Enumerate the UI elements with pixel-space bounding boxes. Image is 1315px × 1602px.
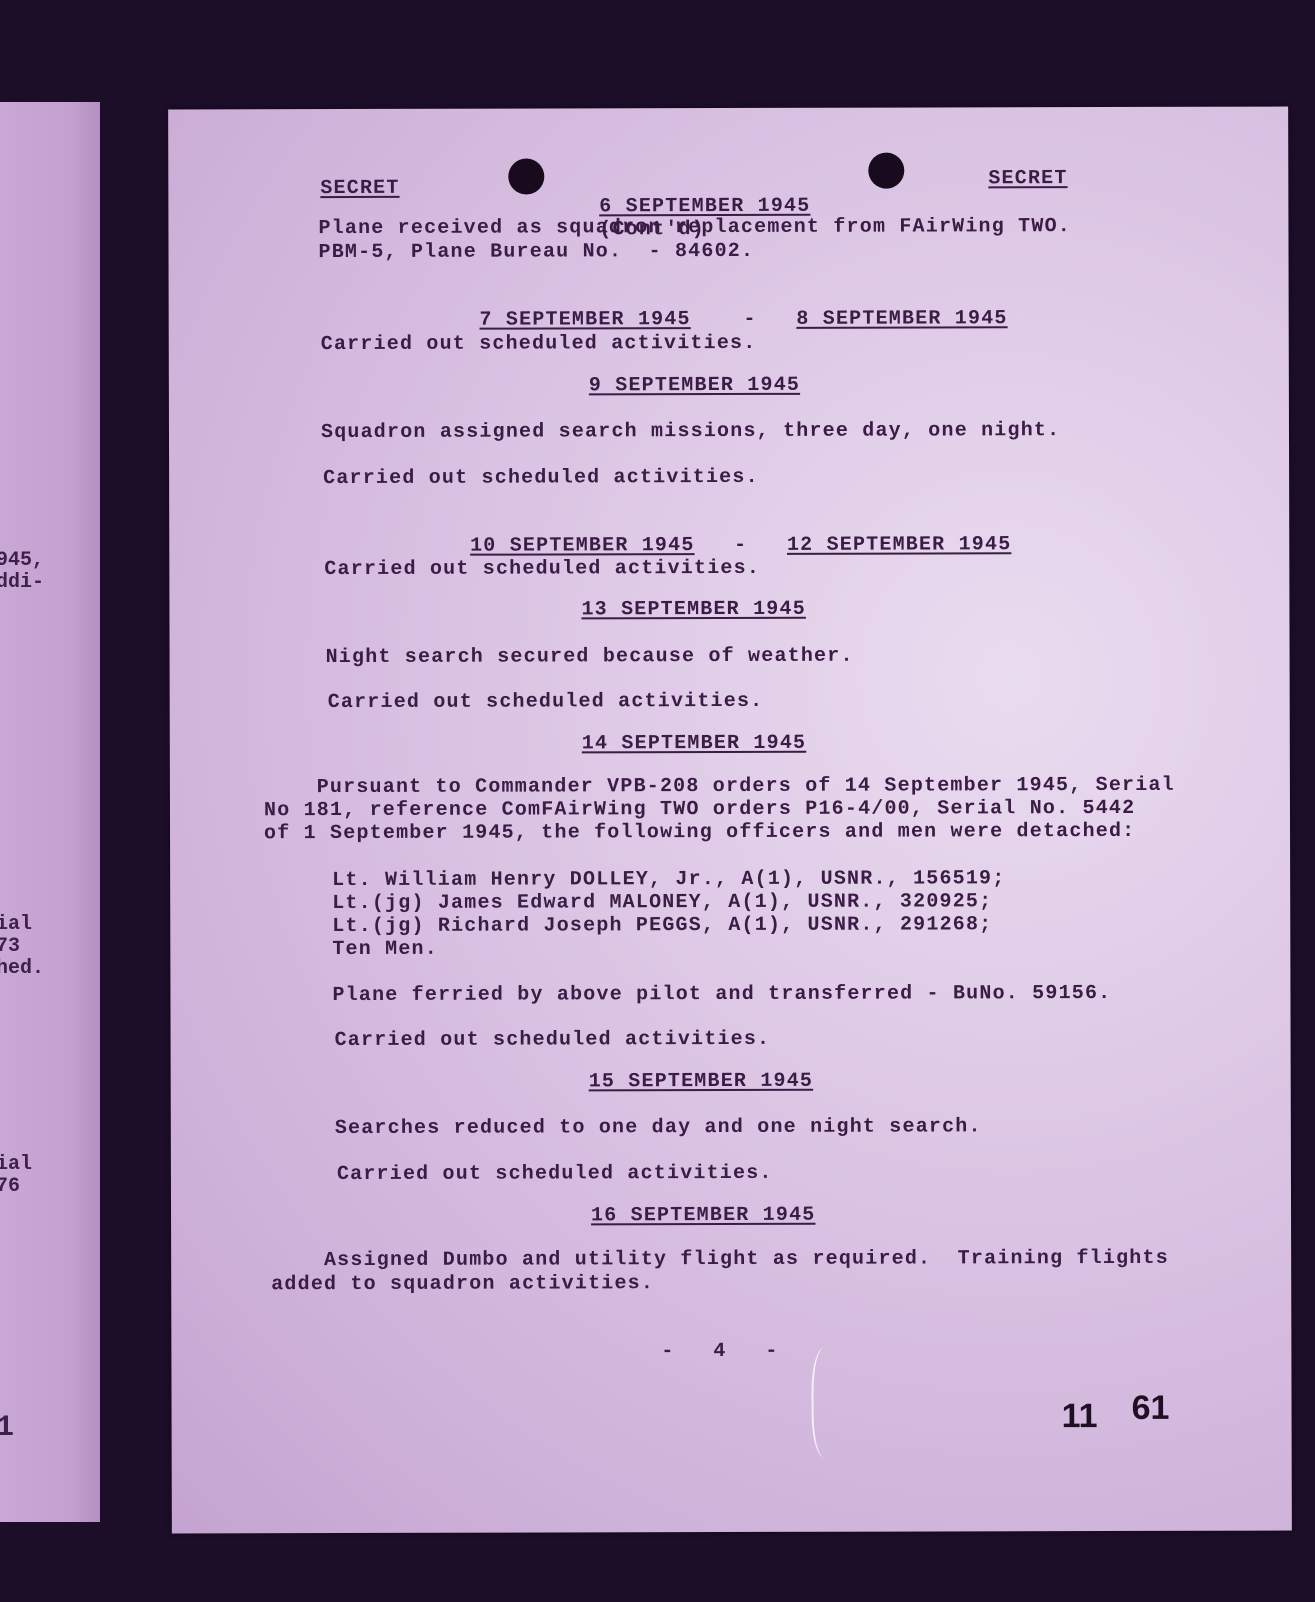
left-page-fragment: 1 xyxy=(0,1417,14,1439)
entry-heading: 13 SEPTEMBER 1945 xyxy=(581,598,805,622)
body-line: of 1 September 1945, the following offic… xyxy=(264,820,1135,845)
body-line: Squadron assigned search missions, three… xyxy=(321,419,1060,444)
body-line: Assigned Dumbo and utility flight as req… xyxy=(271,1247,1169,1272)
left-page-fragment: 945, ddi- xyxy=(0,550,44,594)
personnel-line: Ten Men. xyxy=(332,938,438,961)
entry-heading: 16 SEPTEMBER 1945 xyxy=(591,1204,815,1228)
entry-heading: 15 SEPTEMBER 1945 xyxy=(589,1070,813,1094)
punch-hole xyxy=(508,158,544,194)
body-line: Carried out scheduled activities. xyxy=(337,1162,773,1186)
classification-left: SECRET xyxy=(320,177,399,200)
date-title: 6 SEPTEMBER 1945 xyxy=(599,195,810,219)
body-line: Carried out scheduled activities. xyxy=(335,1028,771,1052)
personnel-line: Lt. William Henry DOLLEY, Jr., A(1), USN… xyxy=(332,867,1005,892)
body-line: Carried out scheduled activities. xyxy=(328,690,764,714)
body-line: No 181, reference ComFAirWing TWO orders… xyxy=(264,797,1135,822)
body-line: PBM-5, Plane Bureau No. - 84602. xyxy=(318,240,754,264)
folio-number-left: 11 xyxy=(1062,1397,1098,1436)
body-line: Plane ferried by above pilot and transfe… xyxy=(332,982,1111,1007)
entry-heading: 14 SEPTEMBER 1945 xyxy=(582,732,806,756)
body-line: Night search secured because of weather. xyxy=(326,645,854,669)
personnel-line: Lt.(jg) Richard Joseph PEGGS, A(1), USNR… xyxy=(332,913,992,938)
body-line: Searches reduced to one day and one nigh… xyxy=(335,1115,982,1140)
entry-heading: 9 SEPTEMBER 1945 xyxy=(589,374,800,398)
folio-number-right: 61 xyxy=(1131,1389,1169,1428)
document-page: SECRET 6 SEPTEMBER 1945 (Cont'd) SECRET … xyxy=(168,107,1292,1534)
body-line: Pursuant to Commander VPB-208 orders of … xyxy=(264,774,1175,799)
body-line: added to squadron activities. xyxy=(271,1272,654,1296)
page-number: - 4 - xyxy=(661,1340,791,1363)
punch-hole xyxy=(868,153,904,189)
classification-right: SECRET xyxy=(988,167,1067,190)
left-page-fragment: ial 73 hed. xyxy=(0,914,44,980)
body-line: Carried out scheduled activities. xyxy=(321,332,757,356)
body-line: Carried out scheduled activities. xyxy=(324,557,760,581)
personnel-line: Lt.(jg) James Edward MALONEY, A(1), USNR… xyxy=(332,890,992,915)
adjacent-page-left: 945, ddi- ial 73 hed. ial 76 1 xyxy=(0,102,100,1522)
body-line: Carried out scheduled activities. xyxy=(323,466,759,490)
body-line: Plane received as squadron replacement f… xyxy=(318,215,1071,240)
left-page-fragment: ial 76 xyxy=(0,1154,32,1198)
film-scratch xyxy=(811,1348,843,1458)
